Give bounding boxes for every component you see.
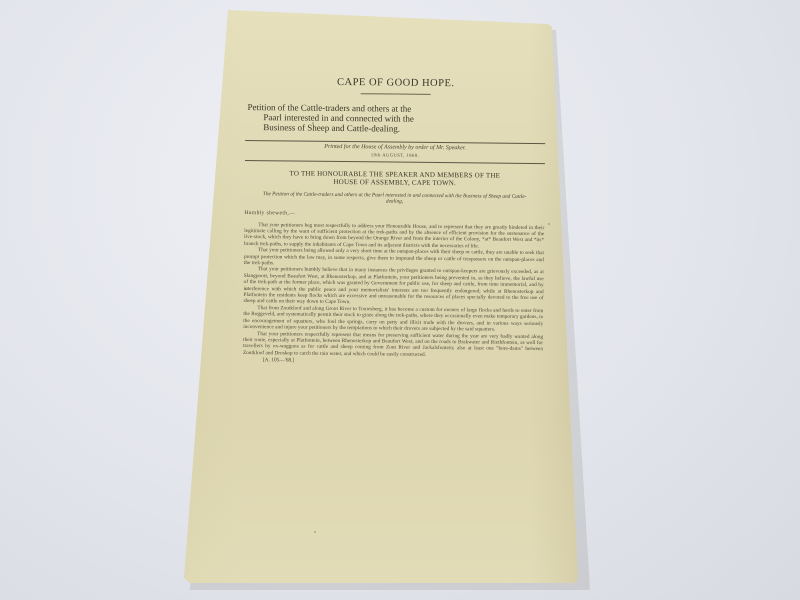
paper-foxing-spot: [314, 531, 316, 533]
address-heading: TO THE HONOURABLE THE SPEAKER AND MEMBER…: [245, 169, 545, 188]
document-title: CAPE OF GOOD HOPE.: [246, 76, 546, 90]
body-paragraph: That your petitioners beg most respectfu…: [244, 222, 544, 251]
printed-order: Printed for the House of Assembly by ord…: [245, 143, 545, 160]
body-paragraph: That from Zoutkloof and along Groot Rive…: [243, 305, 543, 334]
body-paragraph: That your petitioners respectfully repre…: [243, 330, 543, 359]
paper-foxing-spot: [548, 223, 550, 225]
document-subtitle: Petition of the Cattle-traders and other…: [245, 102, 545, 135]
header-rule-bottom: [245, 160, 545, 164]
printed-date: 19th AUGUST, 1868.: [245, 150, 545, 160]
subtitle-line: Business of Sheep and Cattle-dealing.: [247, 122, 537, 135]
title-rule: [361, 93, 431, 95]
document-page: CAPE OF GOOD HOPE. Petition of the Cattl…: [243, 62, 546, 366]
salutation: Humbly sheweth,—: [244, 210, 544, 219]
printed-order-text: Printed for the House of Assembly by ord…: [324, 144, 466, 151]
body-paragraph: That your petitioners humbly believe tha…: [243, 266, 543, 308]
petition-intro: The Petition of the Cattle-traders and o…: [245, 191, 545, 207]
